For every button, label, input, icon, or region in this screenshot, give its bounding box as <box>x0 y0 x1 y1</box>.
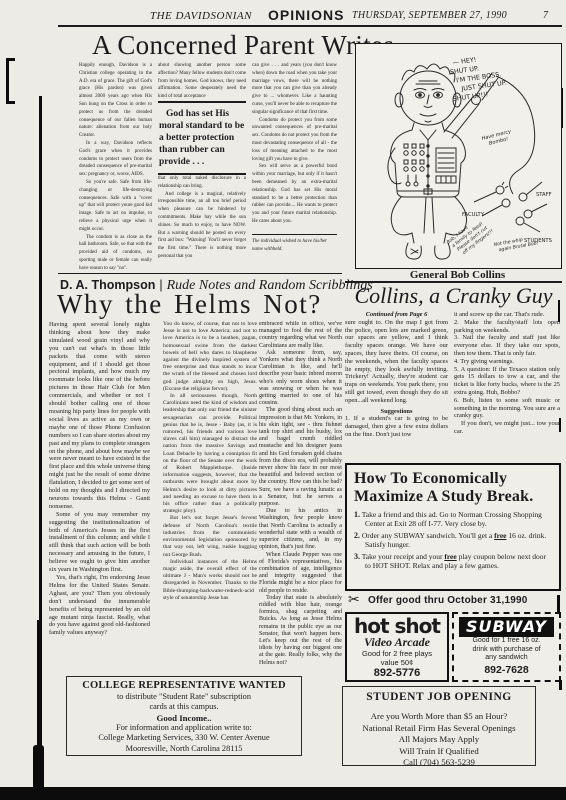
coupon-offer-line: value 50¢ <box>347 658 447 667</box>
step-number: 1. <box>354 510 360 519</box>
ad-step: 2. Order any SUBWAY sandwich. You'll get… <box>354 531 552 550</box>
byline-rule <box>58 273 342 274</box>
scan-artifact-bracket <box>6 58 15 61</box>
coupon-offer-line: Good for 1 free 16 oz. <box>454 637 559 646</box>
scissors-icon: ✂ <box>348 592 360 608</box>
ad-headline-line2: Maximize A Study Break. <box>354 488 552 506</box>
body-paragraph: 3. Nail the faculty and staff just like … <box>454 334 560 357</box>
body-paragraph: The good thing about such an impression … <box>259 407 342 508</box>
scan-artifact-bracket <box>6 58 9 104</box>
body-paragraph: And college is a magical, relatively irr… <box>158 191 246 261</box>
body-paragraph: When Claude Pepper was one of Florida's … <box>259 552 342 595</box>
ad-step: 3. Take your receipt and your free play … <box>354 552 552 571</box>
neck <box>412 123 444 130</box>
body-paragraph: But let's not forget Jesse's fervent def… <box>163 515 257 558</box>
body-paragraph: The condom is as close as the hall bathr… <box>79 234 152 273</box>
classified-heading: COLLEGE REPRESENTATIVE WANTED <box>67 680 301 692</box>
collar <box>420 130 436 140</box>
collins-article-column-2: it and screw up the car. That's rude. 2.… <box>454 311 560 461</box>
svg-text:SHUT UP!!!: SHUT UP!!! <box>452 90 488 103</box>
classified-line: to distribute "Student Rate" subscriptio… <box>67 692 301 702</box>
body-paragraph: Having spent several lonely nights think… <box>49 321 150 511</box>
article-endnote: The individual wished to have his/her na… <box>252 238 337 254</box>
ad-step: 1. Take a friend and this ad. Go to Norm… <box>354 510 552 529</box>
parent-article-column-2: about showing another person some affect… <box>158 62 246 274</box>
helms-article-column-1: Having spent several lonely nights think… <box>49 321 150 669</box>
ad-headline: How To Economically Maximize A Study Bre… <box>354 470 552 506</box>
classified-line: Call (704) 563-5239 <box>343 757 535 766</box>
pull-quote: God has set His moral standard to be a b… <box>158 101 246 175</box>
classified-line: cards at this campus. <box>67 702 301 712</box>
classified-line: Will Train If Qualified <box>343 746 535 758</box>
classified-line: Mooresville, North Carolina 28115 <box>67 744 301 754</box>
newspaper-page: THE DAVIDSONIAN OPINIONS THURSDAY, SEPTE… <box>0 0 566 800</box>
coupon-offer-line: drink with purchase of <box>454 646 559 655</box>
suggestions-heading: Suggestions <box>345 408 448 416</box>
coupon-offer-line: Good for 2 free plays <box>347 649 447 658</box>
scan-artifact-left-blob <box>33 745 44 790</box>
body-paragraph: Some of you may remember my suggesting t… <box>49 511 150 574</box>
coupon-phone: 892-7628 <box>454 664 559 677</box>
coupon-offer-line: any sandwich <box>454 654 559 663</box>
classified-heading: STUDENT JOB OPENING <box>343 691 535 704</box>
college-representative-ad: COLLEGE REPRESENTATIVE WANTED to distrib… <box>66 676 302 756</box>
body-paragraph: sure ought to. On the map I got from the… <box>345 319 448 405</box>
chest-badge <box>436 148 456 183</box>
body-paragraph: that only total naked disclosure in a re… <box>158 175 246 191</box>
body-paragraph: Condoms do protect you from some unwante… <box>252 117 337 164</box>
cartoon-drawing: — HEY! SHUT UP. I'M THE BOSS. JUST SHUT … <box>356 44 558 265</box>
classified-line: National Retail Firm Has Several Opening… <box>343 723 535 735</box>
endnote-rule <box>252 234 337 235</box>
eyebrows <box>414 89 444 91</box>
body-paragraph: Yes, that's right, I'm endorsing Jesse H… <box>49 574 150 637</box>
offer-expiration: Offer good thru October 31,1990 <box>368 595 528 606</box>
forehead-lines <box>416 81 440 84</box>
body-paragraph: it and screw up the car. That's rude. <box>454 311 560 319</box>
editorial-cartoon: — HEY! SHUT UP. I'M THE BOSS. JUST SHUT … <box>355 43 562 269</box>
scan-artifact-bottom-bar <box>0 787 566 800</box>
scan-artifact-right <box>557 595 560 613</box>
ear <box>395 93 403 107</box>
body-paragraph: 5. A question: If the Texaco station onl… <box>454 366 560 397</box>
collins-article-headline: Collins, a Cranky Guy <box>345 283 562 309</box>
body-paragraph: embraced while in office, we've managed … <box>259 321 342 350</box>
body-paragraph: Individual instances of the Helms magic … <box>163 559 257 602</box>
body-paragraph: Ask someone from, say, Yonkers what they… <box>259 350 342 408</box>
section-title: OPINIONS <box>268 7 344 23</box>
body-paragraph: 6. Bob, listen to some soft music or som… <box>454 397 560 420</box>
body-paragraph: Today that state is absolutely riddled w… <box>259 595 342 667</box>
step-number: 2. <box>354 531 360 540</box>
subway-logo: SUBWAY <box>459 617 554 637</box>
body-paragraph: If you don't, we might just... tow your … <box>454 420 560 436</box>
svg-text:FACULTY: FACULTY <box>462 212 485 218</box>
body-paragraph: You do know, of course, that not to love… <box>163 321 257 393</box>
nose <box>424 95 432 108</box>
issue-date: THURSDAY, SEPTEMBER 27, 1990 <box>352 10 507 21</box>
helms-article-column-2: You do know, of course, that not to love… <box>163 321 257 669</box>
boots <box>406 243 450 259</box>
svg-text:STAFF: STAFF <box>536 192 552 198</box>
body-paragraph: Sex will serve as a powerful bond within… <box>252 163 337 225</box>
body-paragraph: 1. If a student's car is going to be dam… <box>345 415 448 438</box>
left-arm <box>388 148 401 184</box>
classified-line: Good Income.. <box>67 713 301 724</box>
body-paragraph: In all seriousness though, North Carolin… <box>163 393 257 515</box>
hair <box>402 64 455 82</box>
body-paragraph: Due to his antics in Washington, few peo… <box>259 508 342 551</box>
page-number: 7 <box>543 10 548 21</box>
helms-article-column-3: embraced while in office, we've managed … <box>259 321 342 689</box>
step-number: 3. <box>354 552 360 561</box>
continued-note: Continued from Page 6 <box>345 311 448 319</box>
hotshot-coupon: hot shot Video Arcade Good for 2 free pl… <box>345 612 449 682</box>
subway-coupon: SUBWAY Good for 1 free 16 oz. drink with… <box>452 612 561 682</box>
scan-artifact-bracket <box>6 101 15 104</box>
medals <box>404 144 424 186</box>
speech-text: — HEY! SHUT UP. I'M THE BOSS. JUST SHUT … <box>447 52 508 103</box>
hotshot-logo: hot shot <box>347 616 447 636</box>
body-paragraph: can give . . . and years (you don't know… <box>252 62 337 117</box>
collins-article-column-1: Continued from Page 6 sure ought to. On … <box>345 311 448 461</box>
body-paragraph: 4. Try giving warnings. <box>454 358 560 366</box>
cartoon-caption: General Bob Collins <box>355 269 560 281</box>
body-paragraph: Happily enough, Davidson is a Christian … <box>79 62 152 140</box>
classified-line: All Majors May Apply <box>343 734 535 746</box>
student-job-ad: STUDENT JOB OPENING Are you Worth More t… <box>342 686 536 766</box>
study-break-ad: How To Economically Maximize A Study Bre… <box>345 463 561 591</box>
classified-line: Are you Worth More than $5 an Hour? <box>343 711 535 723</box>
classified-line: For information and application write to… <box>67 723 301 733</box>
parent-article-column-3: can give . . . and years (you don't know… <box>252 62 337 274</box>
pupil <box>437 94 440 97</box>
mouth <box>420 114 436 122</box>
header-rule <box>58 25 562 27</box>
coupon-phone: 892-5776 <box>347 667 447 680</box>
masthead: THE DAVIDSONIAN <box>150 10 252 22</box>
helms-article-headline: Why the Helms Not? <box>57 289 357 320</box>
classified-line: College Marketing Services, 330 W. Cente… <box>67 733 301 743</box>
body-paragraph: So you're safe. Safe from life-changing … <box>79 179 152 234</box>
pupil <box>419 94 422 97</box>
body-paragraph: 2. Make the faculty/staff lots open park… <box>454 319 560 335</box>
parent-article-column-1: Happily enough, Davidson is a Christian … <box>79 62 152 274</box>
body-paragraph: about showing another person some affect… <box>158 62 246 101</box>
body-paragraph: In a way, Davidson reflects God's grace … <box>79 140 152 179</box>
ad-headline-line1: How To Economically <box>354 470 552 488</box>
